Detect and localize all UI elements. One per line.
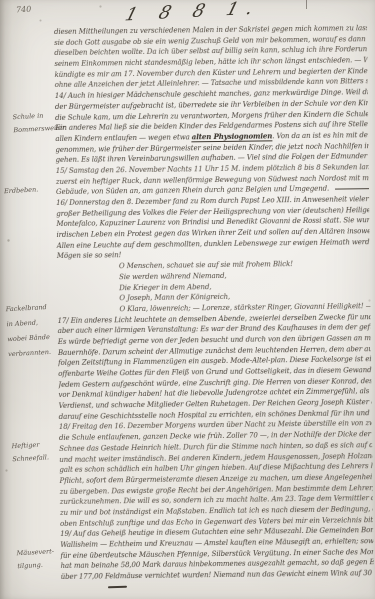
scanned-manuscript-page: 740 1 8 8 1. Schule inBommersweiler Erdb… (0, 0, 375, 599)
margin-note-line: tilgung. (17, 558, 64, 573)
horizontal-rule (335, 187, 369, 189)
margin-note-line: Erdbeben. (4, 183, 51, 198)
paragraph: 18/ Freitag den 16. Dezember Morgens wur… (59, 419, 373, 530)
margin-note-snowfall: HeftigerSchneefall. (11, 438, 58, 466)
year-heading: 1 8 8 1. (114, 0, 272, 26)
margin-note-line: Bommersweiler (13, 122, 60, 137)
paragraph: 17/ Ein anderes Licht leuchtete an demse… (58, 312, 372, 423)
paragraph: O Menschen, schauet sie auf sie mit froh… (57, 258, 371, 315)
margin-note-line: Schneefall. (12, 451, 59, 466)
paragraph: 14/ Auch in hiesiger Mädchenschule gesch… (55, 87, 369, 166)
page-crease-mark (306, 0, 307, 9)
paper-specks (0, 0, 1, 1)
paragraph: 16/ Donnerstag den 8. Dezember fand zu R… (56, 194, 370, 262)
margin-note-torch-fire: Fackelbrandin Abend,wobei Bändeverbrannt… (5, 300, 54, 362)
margin-note-school: Schule inBommersweiler (12, 109, 59, 137)
paragraph: diesen Mittheilungen zu verschiedenen Ma… (54, 23, 368, 91)
paragraph: 19/ Auf das Geheiß heutige in diesem Gut… (60, 525, 374, 582)
paragraph: 15/ Samstag den 26. November Nachts 11 U… (56, 162, 369, 198)
underlined-phrase: alten Physiognomien (192, 131, 273, 142)
margin-note-line: verbrannten. (8, 345, 55, 362)
margin-note-line: Fackelbrand (5, 300, 52, 317)
margin-note-mouse-extermination: Mäusevert-tilgung. (16, 545, 63, 573)
manuscript-body: diesen Mittheilungen zu verschiedenen Ma… (54, 23, 374, 583)
page-number: 740 (16, 4, 32, 14)
section-end-dash (108, 586, 127, 589)
margin-note-earthquake: Erdbeben. (4, 183, 51, 198)
